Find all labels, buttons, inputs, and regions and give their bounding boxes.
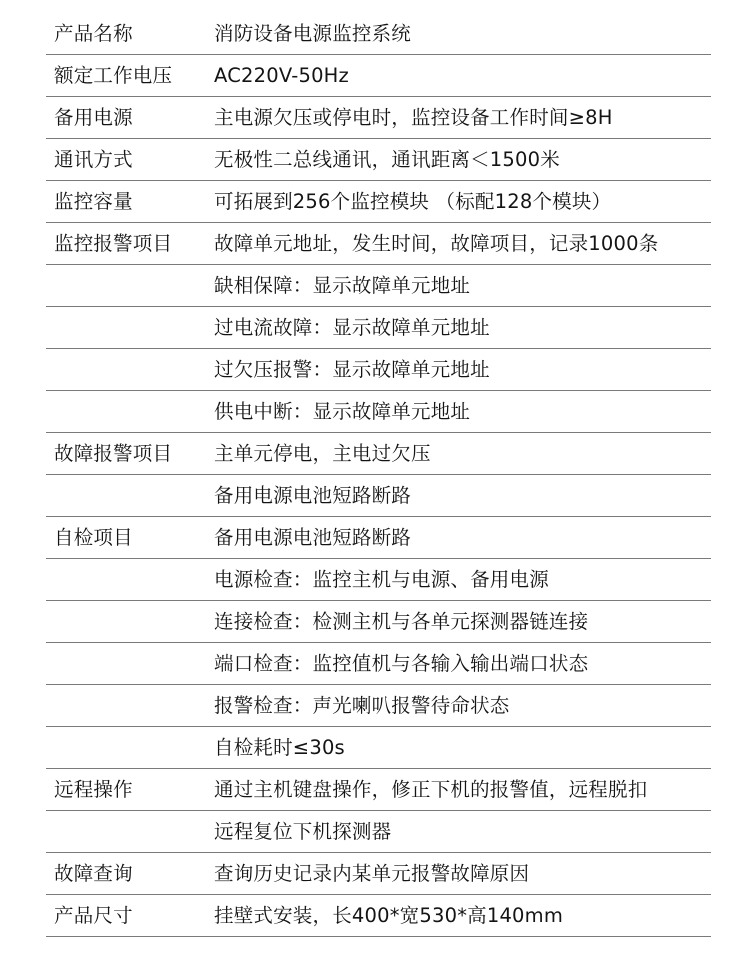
spec-row-fault-alarm-battery: 备用电源电池短路断路 — [46, 475, 711, 517]
spec-value: 过欠压报警：显示故障单元地址 — [214, 360, 711, 380]
spec-label: 自检项目 — [46, 528, 214, 548]
spec-row-product-name: 产品名称 消防设备电源监控系统 — [46, 13, 711, 55]
spec-label: 监控容量 — [46, 192, 214, 212]
spec-value: 查询历史记录内某单元报警故障原因 — [214, 864, 711, 884]
spec-row-communication: 通讯方式 无极性二总线通讯，通讯距离＜1500米 — [46, 139, 711, 181]
spec-value: 主电源欠压或停电时，监控设备工作时间≥8H — [214, 108, 711, 128]
spec-label: 额定工作电压 — [46, 66, 214, 86]
spec-row-self-test-power: 电源检查：监控主机与电源、备用电源 — [46, 559, 711, 601]
spec-label: 产品名称 — [46, 24, 214, 44]
spec-value: 缺相保障：显示故障单元地址 — [214, 276, 711, 296]
spec-label: 故障报警项目 — [46, 444, 214, 464]
spec-label: 监控报警项目 — [46, 234, 214, 254]
spec-value: 可拓展到256个监控模块 （标配128个模块） — [214, 192, 711, 212]
spec-row-monitor-alarm-overcurrent: 过电流故障：显示故障单元地址 — [46, 307, 711, 349]
spec-label: 通讯方式 — [46, 150, 214, 170]
spec-value: 端口检查：监控值机与各输入输出端口状态 — [214, 654, 711, 674]
spec-row-monitor-alarm-interrupt: 供电中断：显示故障单元地址 — [46, 391, 711, 433]
spec-value: 消防设备电源监控系统 — [214, 24, 711, 44]
spec-table: 产品名称 消防设备电源监控系统 额定工作电压 AC220V-50Hz 备用电源 … — [46, 13, 711, 937]
spec-row-monitor-alarm: 监控报警项目 故障单元地址，发生时间，故障项目，记录1000条 — [46, 223, 711, 265]
spec-value: 过电流故障：显示故障单元地址 — [214, 318, 711, 338]
spec-label: 产品尺寸 — [46, 906, 214, 926]
spec-row-remote-operation: 远程操作 通过主机键盘操作，修正下机的报警值，远程脱扣 — [46, 769, 711, 811]
spec-row-fault-query: 故障查询 查询历史记录内某单元报警故障原因 — [46, 853, 711, 895]
spec-value: AC220V-50Hz — [214, 66, 711, 86]
spec-value: 无极性二总线通讯，通讯距离＜1500米 — [214, 150, 711, 170]
spec-value: 远程复位下机探测器 — [214, 822, 711, 842]
spec-row-self-test-connection: 连接检查：检测主机与各单元探测器链连接 — [46, 601, 711, 643]
spec-row-monitor-alarm-voltage: 过欠压报警：显示故障单元地址 — [46, 349, 711, 391]
spec-value: 通过主机键盘操作，修正下机的报警值，远程脱扣 — [214, 780, 711, 800]
spec-row-remote-reset: 远程复位下机探测器 — [46, 811, 711, 853]
spec-label: 故障查询 — [46, 864, 214, 884]
spec-label: 备用电源 — [46, 108, 214, 128]
spec-row-backup-power: 备用电源 主电源欠压或停电时，监控设备工作时间≥8H — [46, 97, 711, 139]
spec-value: 报警检查：声光喇叭报警待命状态 — [214, 696, 711, 716]
spec-row-rated-voltage: 额定工作电压 AC220V-50Hz — [46, 55, 711, 97]
spec-row-self-test-duration: 自检耗时≤30s — [46, 727, 711, 769]
spec-row-self-test-alarm: 报警检查：声光喇叭报警待命状态 — [46, 685, 711, 727]
spec-value: 连接检查：检测主机与各单元探测器链连接 — [214, 612, 711, 632]
spec-row-self-test: 自检项目 备用电源电池短路断路 — [46, 517, 711, 559]
spec-value: 备用电源电池短路断路 — [214, 486, 711, 506]
spec-row-product-size: 产品尺寸 挂壁式安装，长400*宽530*高140mm — [46, 895, 711, 937]
spec-value: 供电中断：显示故障单元地址 — [214, 402, 711, 422]
spec-value: 故障单元地址，发生时间，故障项目，记录1000条 — [214, 234, 711, 254]
spec-row-monitor-alarm-phase-loss: 缺相保障：显示故障单元地址 — [46, 265, 711, 307]
spec-row-capacity: 监控容量 可拓展到256个监控模块 （标配128个模块） — [46, 181, 711, 223]
spec-value: 自检耗时≤30s — [214, 738, 711, 758]
spec-value: 电源检查：监控主机与电源、备用电源 — [214, 570, 711, 590]
spec-value: 备用电源电池短路断路 — [214, 528, 711, 548]
spec-value: 挂壁式安装，长400*宽530*高140mm — [214, 906, 711, 926]
spec-label: 远程操作 — [46, 780, 214, 800]
spec-value: 主单元停电，主电过欠压 — [214, 444, 711, 464]
spec-row-fault-alarm: 故障报警项目 主单元停电，主电过欠压 — [46, 433, 711, 475]
spec-row-self-test-port: 端口检查：监控值机与各输入输出端口状态 — [46, 643, 711, 685]
